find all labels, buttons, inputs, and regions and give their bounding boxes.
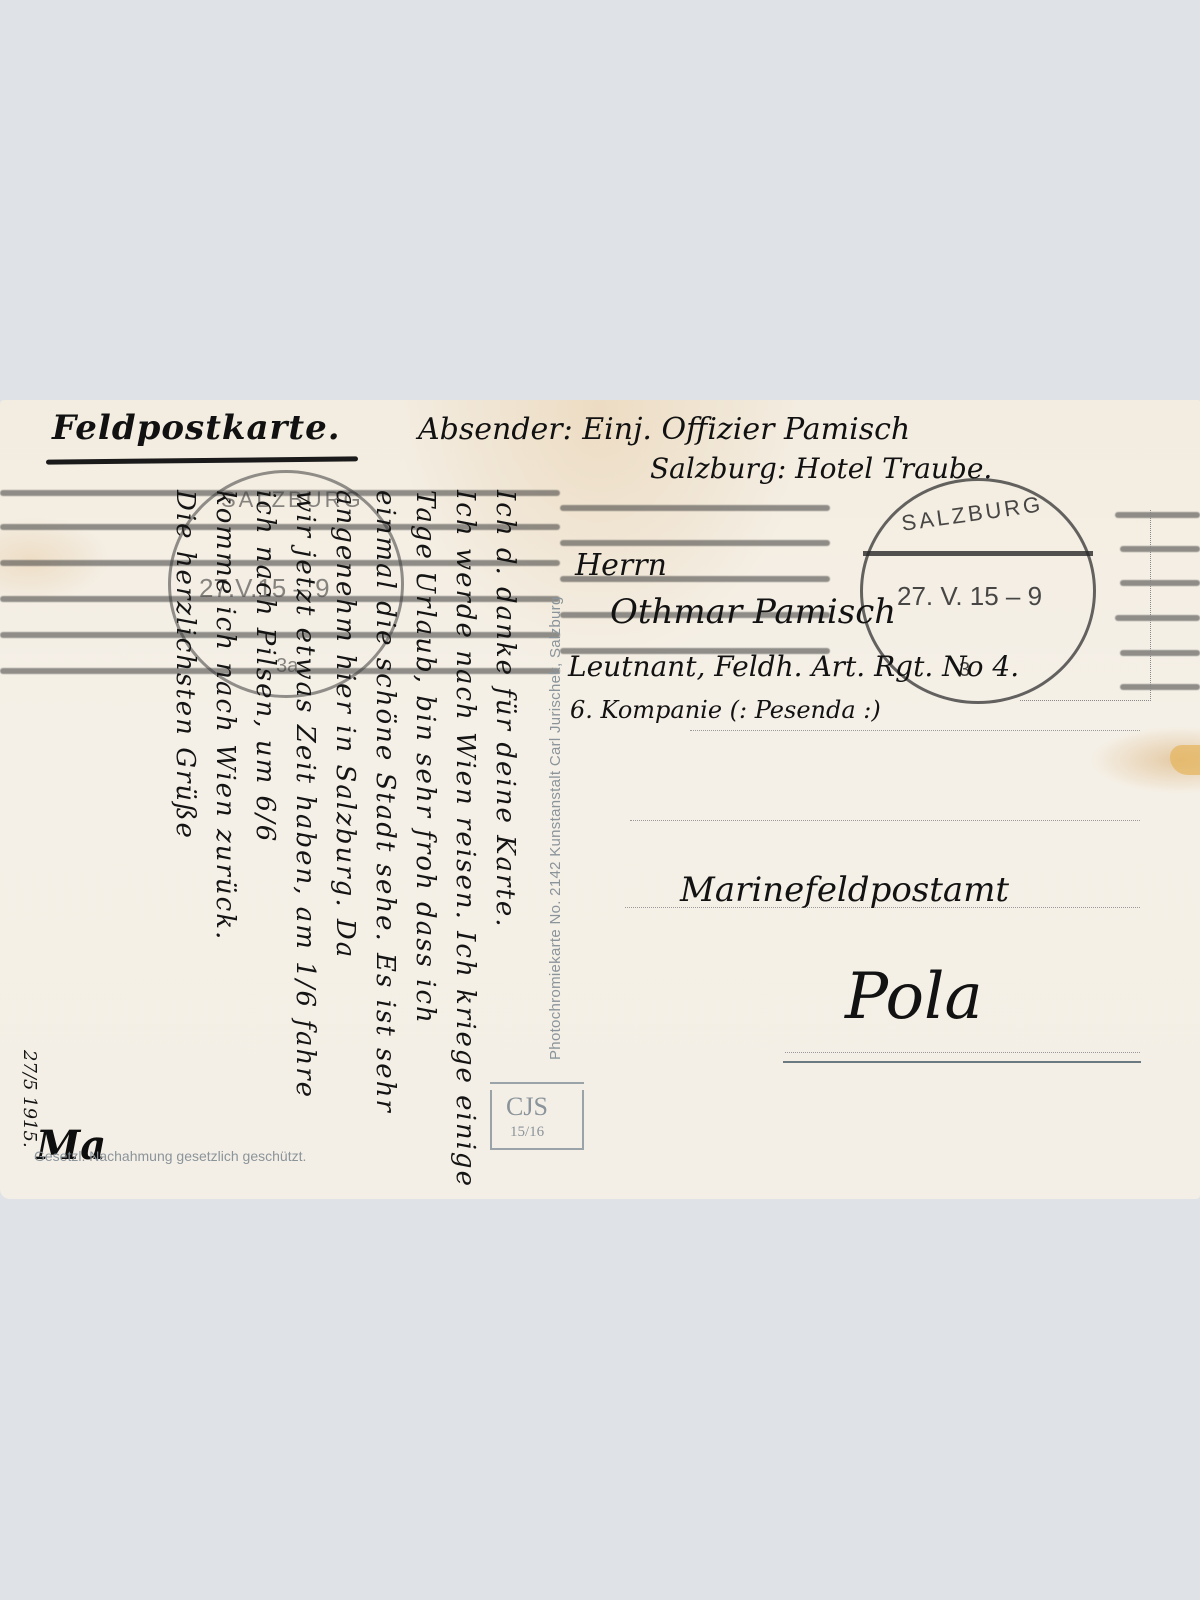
message-line: komme ich nach Wien zurück. (200, 490, 240, 1150)
publisher-logo-code: 15/16 (510, 1124, 544, 1141)
recipient-city: Pola (845, 960, 983, 1034)
publisher-logo-initials: CJS (506, 1092, 548, 1122)
message-line: ich nach Pilsen, um 6/6 (240, 490, 280, 1150)
message-body: Ich d. danke für deine Karte. Ich werde … (20, 490, 520, 1150)
postcard: SALZBURG 27.V.15 – 9 3a SALZBURG 27. V. … (0, 400, 1200, 1199)
postmark-bar (863, 551, 1093, 556)
city-underline (783, 1061, 1141, 1063)
recipient-salutation: Herrn (575, 548, 667, 583)
message-line: wir jetzt etwas Zeit haben, am 1/6 fahre (280, 490, 320, 1150)
address-dotted-line (690, 730, 1140, 731)
address-dotted-line (785, 1052, 1140, 1053)
message-line: angenehm hier in Salzburg. Da (320, 490, 360, 1150)
copyright-notice: Gesetzl. Nachahmung gesetzlich geschützt… (34, 1148, 306, 1164)
paper-stain (1170, 745, 1200, 775)
sender-line-2: Salzburg: Hotel Traube. (650, 452, 992, 485)
publisher-imprint: Photochromiekarte No. 2142 Kunstanstalt … (547, 596, 564, 1060)
postmark-city: SALZBURG (900, 491, 1045, 537)
postmark-date: 27. V. 15 – 9 (897, 581, 1042, 612)
address-dotted-line (630, 820, 1140, 821)
recipient-company: 6. Kompanie (: Pesenda :) (570, 696, 881, 724)
recipient-name: Othmar Pamisch (610, 592, 896, 632)
message-line: einmal die schöne Stadt sehe. Es ist seh… (360, 490, 400, 1150)
message-line: Tage Urlaub, bin sehr froh dass ich (400, 490, 440, 1150)
message-line: Ich werde nach Wien reisen. Ich kriege e… (440, 490, 480, 1150)
message-line: Die herzlichsten Grüße (160, 490, 200, 1150)
recipient-unit: Leutnant, Feldh. Art. Rgt. No 4. (568, 650, 1019, 683)
sender-line-1: Absender: Einj. Offizier Pamisch (418, 412, 910, 447)
heading-underline (46, 456, 358, 464)
recipient-post-office: Marinefeldpostamt (680, 870, 1009, 910)
card-heading: Feldpostkarte. (52, 408, 341, 448)
message-line: Ich d. danke für deine Karte. (480, 490, 520, 1150)
